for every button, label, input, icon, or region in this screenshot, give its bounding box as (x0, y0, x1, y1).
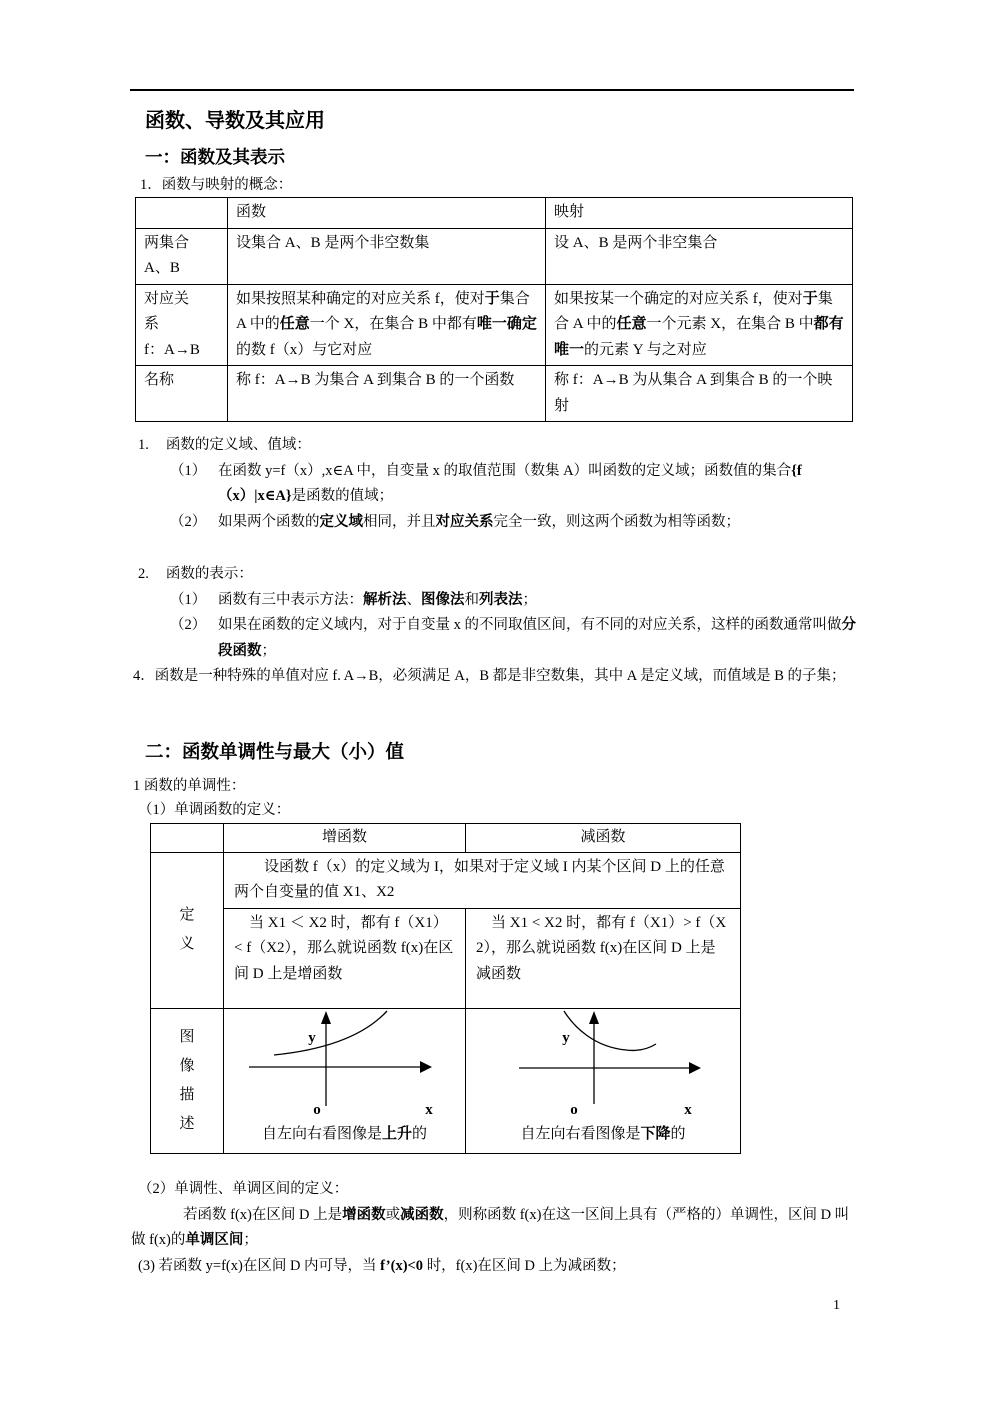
t1-name-function: 称 f：A→B 为集合 A 到集合 B 的一个函数 (228, 366, 546, 422)
item-text: 如果在函数的定义域内，对于自变量 x 的不同取值区间，有不同的对应关系，这样的函… (218, 613, 856, 664)
x-axis-label: x (684, 1102, 692, 1118)
concept-num: 1． (140, 177, 162, 193)
table-row: 名称 称 f：A→B 为集合 A 到集合 B 的一个函数 称 f：A→B 为从集… (136, 366, 853, 422)
origin-label: o (570, 1102, 578, 1118)
monotone-interval-paragraph: 若函数 f(x)在区间 D 上是增函数或减函数，则称函数 f(x)在这一区间上具… (131, 1203, 857, 1254)
document-page: 函数、导数及其应用 一：函数及其表示 1．函数与映射的概念： 函数 映射 两集合… (0, 0, 993, 1404)
item-number: （2） (170, 613, 218, 664)
t2-label-definition: 定 义 (151, 852, 224, 1008)
t2-label-graph: 图 像 描 述 (151, 1008, 224, 1153)
t2-header-decreasing: 减函数 (466, 824, 741, 853)
t2-definition-common: 设函数 f（x）的定义域为 I，如果对于定义域 I 内某个区间 D 上的任意两个… (224, 852, 741, 908)
t2-header-blank (151, 824, 224, 853)
decreasing-function-graph: y o x (466, 1009, 738, 1122)
concept-heading: 1．函数与映射的概念： (140, 173, 292, 198)
doc-title: 函数、导数及其应用 (145, 107, 325, 135)
t2-definition-decreasing: 当 X1 < X2 时，都有 f（X1）> f（X2），那么就说函数 f(x)在… (466, 908, 741, 1008)
item-text: 如果两个函数的定义域相同，并且对应关系完全一致，则这两个函数为相等函数； (218, 510, 856, 536)
t1-header-mapping: 映射 (546, 198, 853, 229)
t1-label-relation: 对应关 系 f：A→B (136, 284, 228, 366)
t2-definition-increasing: 当 X1 ＜ X2 时，都有 f（X1）< f（X2），那么就说函数 f(x)在… (224, 908, 466, 1008)
derivative-note: (3) 若函数 y=f(x)在区间 D 内可导，当 f’(x)<0 时，f(x)… (131, 1254, 857, 1280)
y-axis-label: y (308, 1030, 316, 1046)
t1-relation-function: 如果按照某种确定的对应关系 f，使对于集合 A 中的任意一个 X，在集合 B 中… (228, 284, 546, 366)
x-axis-label: x (425, 1102, 433, 1118)
table-row: 对应关 系 f：A→B 如果按照某种确定的对应关系 f，使对于集合 A 中的任意… (136, 284, 853, 366)
monotone-def-label: （1）单调函数的定义： (138, 798, 290, 823)
monotone-interval-label: （2）单调性、单调区间的定义： (131, 1177, 857, 1203)
table-row: 定 义 设函数 f（x）的定义域为 I，如果对于定义域 I 内某个区间 D 上的… (151, 852, 741, 908)
header-rule (130, 89, 854, 91)
increasing-graph-cell: y o x 自左向右看图像是上升的 (224, 1008, 466, 1153)
y-axis-arrow-icon (589, 1011, 599, 1024)
t1-label-name: 名称 (136, 366, 228, 422)
decreasing-graph-cell: y o x 自左向右看图像是下降的 (466, 1008, 741, 1153)
item-text: 函数有三中表示方法：解析法、图像法和列表法； (218, 588, 856, 614)
section2-heading: 二：函数单调性与最大（小）值 (145, 740, 404, 766)
decreasing-curve (564, 1011, 656, 1050)
item-number: （1） (170, 588, 218, 614)
y-axis-label: y (562, 1030, 570, 1046)
increasing-caption: 自左向右看图像是上升的 (224, 1122, 465, 1146)
monotonicity-table: 增函数 减函数 定 义 设函数 f（x）的定义域为 I，如果对于定义域 I 内某… (150, 823, 741, 1154)
y-axis-arrow-icon (321, 1011, 331, 1024)
notes-list: 1. 函数的定义域、值域： （1） 在函数 y=f（x）,x∈A 中，自变量 x… (133, 433, 856, 690)
item-text: 函数的定义域、值域： (166, 433, 856, 459)
list-item: 1. 函数的定义域、值域： (133, 433, 856, 459)
t1-name-mapping: 称 f：A→B 为从集合 A 到集合 B 的一个映射 (546, 366, 853, 422)
spacer (133, 535, 856, 562)
section1-heading: 一：函数及其表示 (145, 144, 285, 170)
increasing-curve (274, 1011, 387, 1055)
table-row: 增函数 减函数 (151, 824, 741, 853)
t1-sets-function: 设集合 A、B 是两个非空数集 (228, 228, 546, 284)
list-item: 2. 函数的表示： (133, 562, 856, 588)
item-number: 1. (138, 433, 149, 459)
item-number: 2. (138, 562, 149, 588)
origin-label: o (313, 1102, 321, 1118)
table-row: 图 像 描 述 y o x 自左向右看图 (151, 1008, 741, 1153)
table-row: 函数 映射 (136, 198, 853, 229)
list-item: （1） 函数有三中表示方法：解析法、图像法和列表法； (133, 588, 856, 614)
item-number: （1） (170, 459, 218, 510)
t1-label-sets: 两集合 A、B (136, 228, 228, 284)
table-row: 两集合 A、B 设集合 A、B 是两个非空数集 设 A、B 是两个非空集合 (136, 228, 853, 284)
decreasing-caption: 自左向右看图像是下降的 (466, 1122, 740, 1146)
list-item: （2） 如果在函数的定义域内，对于自变量 x 的不同取值区间，有不同的对应关系，… (133, 613, 856, 664)
x-axis-arrow-icon (420, 1061, 432, 1073)
concept-text: 函数与映射的概念： (162, 177, 293, 193)
x-axis-arrow-icon (689, 1062, 701, 1074)
item-text: 函数的表示： (166, 562, 856, 588)
t1-header-blank (136, 198, 228, 229)
function-mapping-table: 函数 映射 两集合 A、B 设集合 A、B 是两个非空数集 设 A、B 是两个非… (135, 197, 853, 422)
t1-sets-mapping: 设 A、B 是两个非空集合 (546, 228, 853, 284)
list-item: （1） 在函数 y=f（x）,x∈A 中，自变量 x 的取值范围（数集 A）叫函… (133, 459, 856, 510)
monotonicity-label: 1 函数的单调性： (133, 774, 245, 799)
list-item: （2） 如果两个函数的定义域相同，并且对应关系完全一致，则这两个函数为相等函数； (133, 510, 856, 536)
t1-relation-mapping: 如果按某一个确定的对应关系 f，使对于集合 A 中的任意一个元素 X，在集合 B… (546, 284, 853, 366)
note-item4: 4．函数是一种特殊的单值对应 f. A→B，必须满足 A，B 都是非空数集，其中… (133, 664, 856, 690)
table-row: 当 X1 ＜ X2 时，都有 f（X1）< f（X2），那么就说函数 f(x)在… (151, 908, 741, 1008)
item-number: （2） (170, 510, 218, 536)
item-text: 在函数 y=f（x）,x∈A 中，自变量 x 的取值范围（数集 A）叫函数的定义… (218, 459, 856, 510)
bottom-notes: （2）单调性、单调区间的定义： 若函数 f(x)在区间 D 上是增函数或减函数，… (131, 1177, 857, 1279)
t2-header-increasing: 增函数 (224, 824, 466, 853)
increasing-function-graph: y o x (224, 1009, 463, 1122)
t1-header-function: 函数 (228, 198, 546, 229)
page-number: 1 (833, 1298, 840, 1314)
